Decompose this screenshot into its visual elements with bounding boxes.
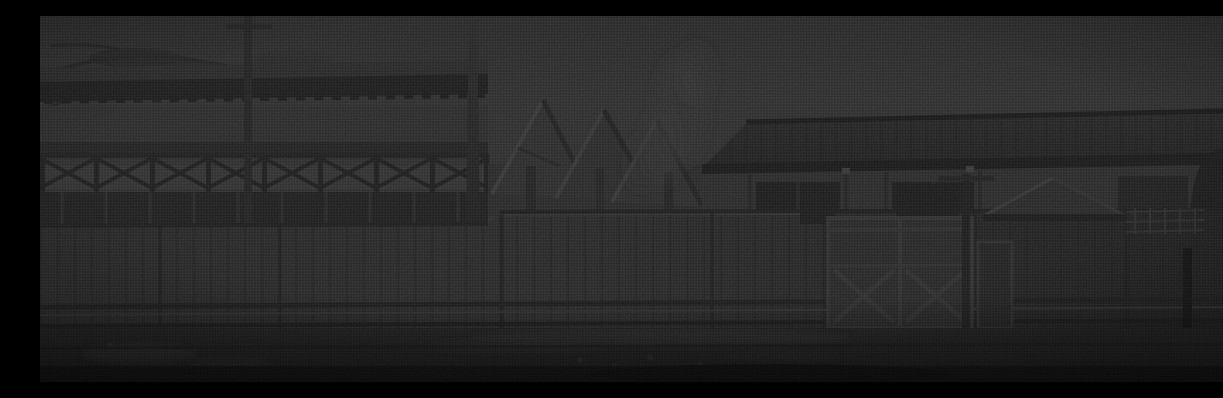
- halftone-photograph: [40, 16, 1223, 382]
- photo-canvas: [40, 16, 1223, 382]
- vignette: [40, 16, 1223, 382]
